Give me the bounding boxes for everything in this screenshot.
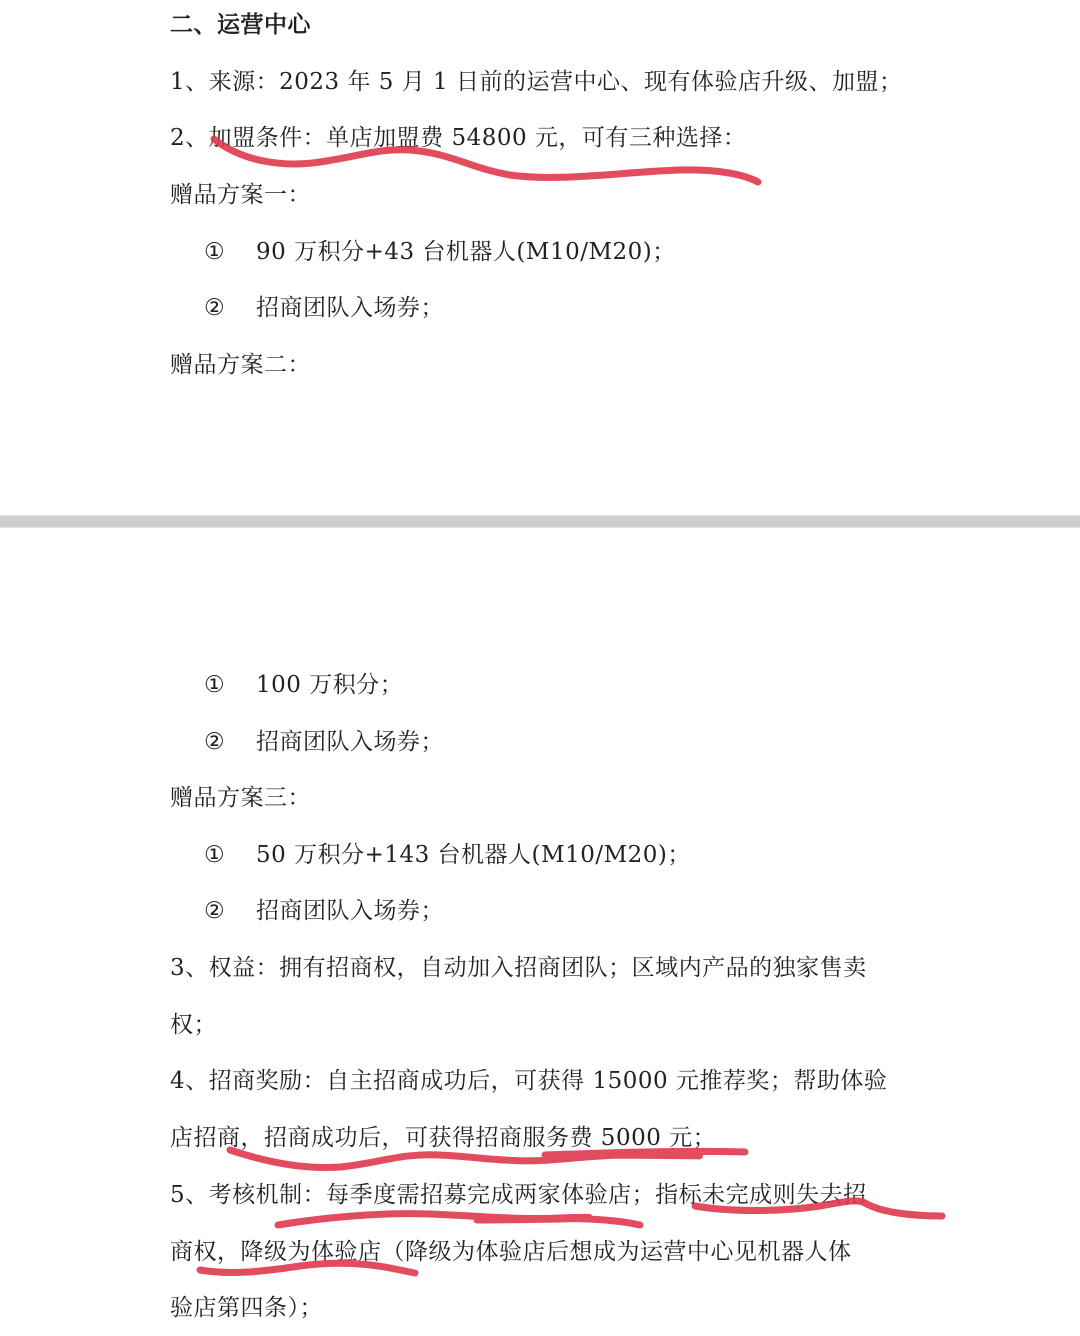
circled-number: ② bbox=[204, 727, 256, 757]
plan-3-option-1: ①50 万积分+143 台机器人(M10/M20)； bbox=[204, 840, 691, 870]
option-text: 100 万积分； bbox=[256, 672, 403, 698]
plan-3-option-2: ②招商团队入场券； bbox=[204, 896, 444, 926]
item-2-franchise-conditions: 2、加盟条件：单店加盟费 54800 元，可有三种选择： bbox=[170, 123, 746, 153]
option-text: 招商团队入场券； bbox=[256, 295, 444, 321]
option-text: 50 万积分+143 台机器人(M10/M20)； bbox=[256, 842, 691, 868]
item-1-source: 1、来源：2023 年 5 月 1 日前的运营中心、现有体验店升级、加盟； bbox=[170, 67, 903, 97]
item-5-assessment-line-2: 商权，降级为体验店（降级为体验店后想成为运营中心见机器人体 bbox=[170, 1237, 852, 1267]
option-text: 招商团队入场券； bbox=[256, 898, 444, 924]
item-3-rights-line-2: 权； bbox=[170, 1010, 217, 1040]
option-text: 90 万积分+43 台机器人(M10/M20)； bbox=[256, 239, 676, 265]
section-title: 二、运营中心 bbox=[170, 10, 311, 40]
pen-underline-quarterly-target bbox=[278, 1214, 640, 1225]
item-5-assessment-line-3: 验店第四条）； bbox=[170, 1293, 323, 1323]
circled-number: ① bbox=[204, 840, 256, 870]
item-3-rights-line-1: 3、权益：拥有招商权，自动加入招商团队；区域内产品的独家售卖 bbox=[170, 953, 867, 983]
plan-2-title: 赠品方案二： bbox=[170, 350, 311, 380]
plan-2-option-2: ②招商团队入场券； bbox=[204, 727, 444, 757]
item-5-assessment-line-1: 5、考核机制：每季度需招募完成两家体验店；指标未完成则失去招 bbox=[170, 1180, 867, 1210]
item-4-rewards-line-2: 店招商，招商成功后，可获得招商服务费 5000 元； bbox=[170, 1123, 716, 1153]
plan-3-title: 赠品方案三： bbox=[170, 783, 311, 813]
plan-2-option-1: ①100 万积分； bbox=[204, 670, 403, 700]
plan-1-title: 赠品方案一： bbox=[170, 180, 311, 210]
item-4-rewards-line-1: 4、招商奖励：自主招商成功后，可获得 15000 元推荐奖；帮助体验 bbox=[170, 1066, 887, 1096]
circled-number: ② bbox=[204, 896, 256, 926]
option-text: 招商团队入场券； bbox=[256, 729, 444, 755]
plan-1-option-2: ②招商团队入场券； bbox=[204, 293, 444, 323]
circled-number: ① bbox=[204, 237, 256, 267]
circled-number: ① bbox=[204, 670, 256, 700]
page-divider bbox=[0, 515, 1080, 528]
plan-1-option-1: ①90 万积分+43 台机器人(M10/M20)； bbox=[204, 237, 676, 267]
circled-number: ② bbox=[204, 293, 256, 323]
